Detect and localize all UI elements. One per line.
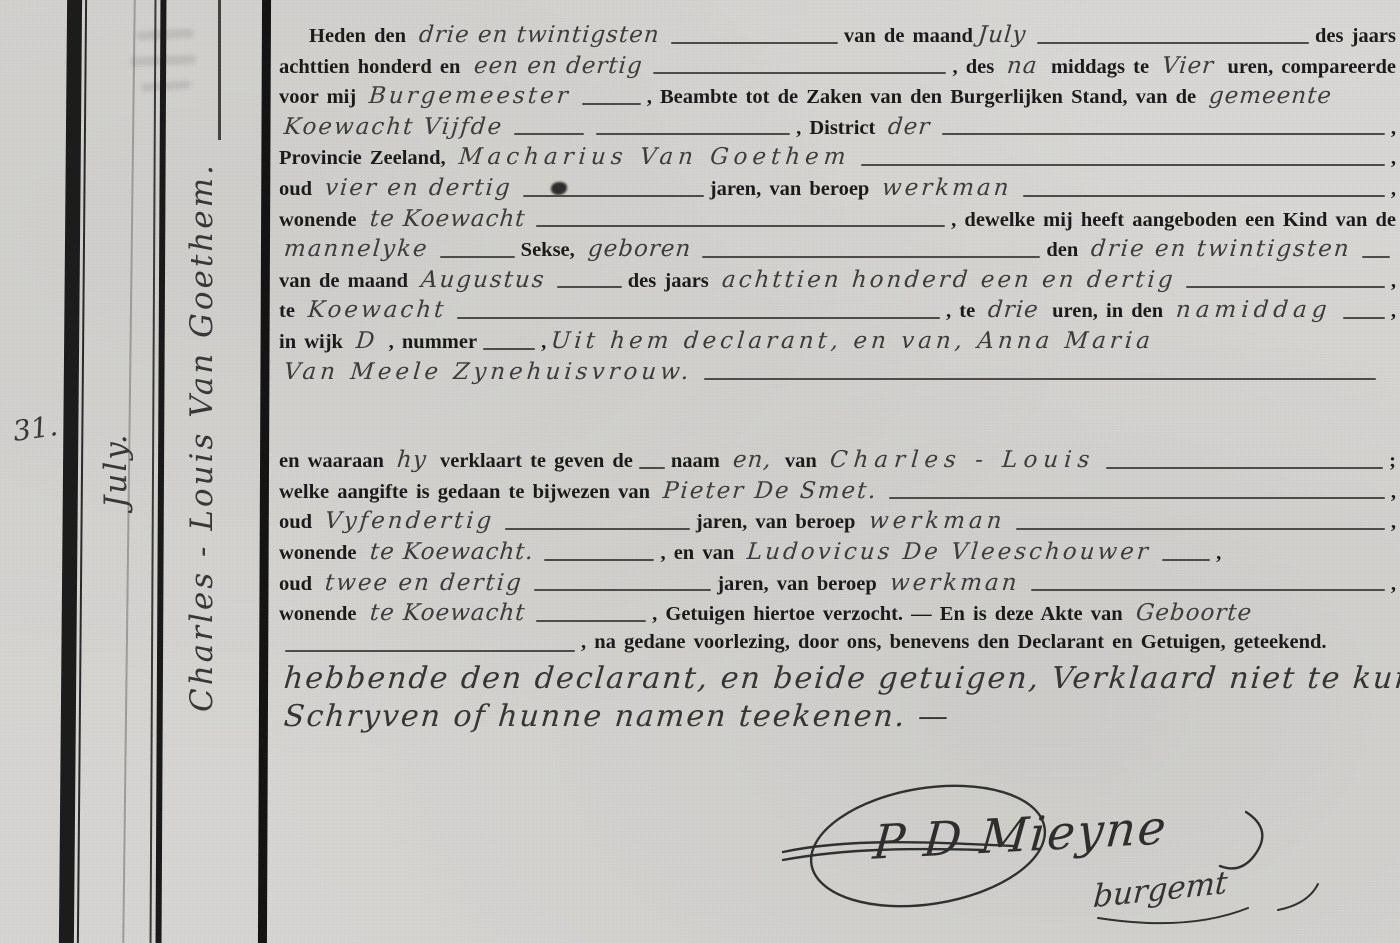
blank-rule — [704, 378, 1377, 380]
printed-text: van — [777, 450, 825, 473]
handwritten-text: mannelyke — [278, 236, 435, 262]
blank-rule — [1106, 467, 1383, 469]
blank-rule — [523, 195, 704, 197]
handwritten-text: Macharius Van Goethem — [453, 144, 857, 170]
printed-text: , na gedane voorlezing, door ons, beneve… — [581, 631, 1327, 654]
printed-text: van de maand — [279, 270, 416, 293]
blank-rule — [582, 103, 641, 105]
printed-text: des jaars — [1315, 25, 1396, 48]
handwritten-text: Schryven of hunne namen teekenen. — — [277, 699, 956, 734]
form-lines: Heden den drie en twintigstenvan de maan… — [279, 22, 1396, 737]
handwritten-text: te Koewacht — [363, 206, 531, 232]
handwritten-text: Augustus — [415, 267, 552, 293]
handwritten-text: Geboorte — [1130, 600, 1259, 626]
form-line: te Koewacht, te drie uren, in den namidd… — [279, 297, 1396, 328]
blank-rule — [1186, 286, 1384, 288]
blank-rule — [596, 133, 790, 135]
printed-text: middags te — [1043, 56, 1157, 79]
handwritten-text: Van Meele Zynehuisvrouw. — [278, 359, 699, 385]
printed-text: , — [1391, 117, 1396, 140]
blank-rule — [861, 164, 1385, 166]
blank-rule — [1037, 42, 1309, 44]
printed-text: in wijk — [279, 331, 351, 354]
blank-rule — [544, 559, 654, 561]
blank-rule — [536, 620, 646, 622]
printed-text: , — [1391, 573, 1396, 596]
printed-text: en waaraan — [279, 450, 392, 473]
handwritten-text: der — [882, 114, 937, 140]
blank-rule — [653, 72, 946, 74]
handwritten-text: twee en dertig — [319, 570, 529, 596]
bleed-through-mark — [136, 28, 194, 40]
blank-rule — [536, 225, 945, 227]
printed-text: wonende — [279, 603, 365, 626]
form-line: wonende te Koewacht, Getuigen hiertoe ve… — [279, 600, 1396, 631]
printed-text: van de maand — [844, 25, 973, 48]
form-line: in wijk D , nummer,Uit hem declarant, en… — [279, 328, 1396, 359]
printed-text: , — [1391, 511, 1396, 534]
blank-rule — [483, 348, 535, 350]
handwritten-text: achttien honderd een en dertig — [716, 267, 1182, 293]
bleed-through-mark — [130, 55, 196, 66]
printed-text: , — [1391, 481, 1396, 504]
form-line: Koewacht Vijfde, District der, — [279, 114, 1396, 145]
printed-text: , — [1216, 542, 1221, 565]
margin-child-name: Charles - Louis Van Goethem. — [184, 162, 220, 712]
form-line: welke aangifte is gedaan te bijwezen van… — [279, 478, 1396, 509]
handwritten-text: Vier — [1156, 53, 1220, 79]
form-line: Van Meele Zynehuisvrouw. — [279, 359, 1396, 390]
printed-text: , — [1391, 178, 1396, 201]
printed-text: Sekse, — [521, 239, 583, 262]
handwritten-text: vier en dertig — [319, 175, 518, 201]
printed-text: , des — [952, 56, 1002, 79]
handwritten-text: Koewacht — [302, 297, 453, 323]
blank-rule — [514, 133, 584, 135]
blank-rule — [942, 133, 1385, 135]
handwritten-text: D — [350, 328, 382, 354]
handwritten-text: gemeente — [1203, 83, 1338, 109]
handwritten-text: te Koewacht. — [363, 539, 539, 565]
form-line: van de maand Augustusdes jaars achttien … — [279, 267, 1396, 298]
printed-text: welke aangifte is gedaan te bijwezen van — [279, 481, 658, 504]
printed-text: des jaars — [628, 270, 717, 293]
form-line: , na gedane voorlezing, door ons, beneve… — [279, 631, 1396, 662]
handwritten-text: na — [1001, 53, 1044, 79]
printed-text: , te — [946, 300, 983, 323]
handwritten-text: Charles - Louis — [824, 447, 1102, 473]
handwritten-text: te Koewacht — [363, 600, 531, 626]
printed-text: , nummer — [381, 331, 478, 354]
form-line: en waaraan hy verklaart te geven denaam … — [279, 447, 1396, 478]
margin-rule-mid — [155, 0, 166, 943]
blank-rule — [1016, 528, 1385, 530]
printed-text: verklaart te geven de — [432, 450, 633, 473]
printed-text: , dewelke mij heeft aangeboden een Kind … — [951, 209, 1396, 232]
printed-text: , — [1391, 270, 1396, 293]
form-line: Heden den drie en twintigstenvan de maan… — [279, 22, 1396, 53]
printed-text: oud — [279, 178, 320, 201]
blank-rule — [457, 317, 940, 319]
printed-text: uren, in den — [1044, 300, 1171, 323]
blank-rule — [505, 528, 689, 530]
margin-month-label: July. — [98, 432, 134, 508]
blank-rule — [639, 467, 665, 469]
printed-text: Provincie Zeeland, — [279, 147, 454, 170]
printed-text: wonende — [279, 542, 365, 565]
form-line: hebbende den declarant, en beide getuige… — [279, 661, 1396, 699]
entry-number: 31. — [11, 409, 60, 448]
handwritten-text: werkman — [884, 570, 1026, 596]
handwritten-text: drie en twintigsten — [413, 22, 666, 48]
blank-rule — [702, 256, 1040, 258]
handwritten-text: Vyfendertig — [319, 508, 501, 534]
signature-block: P D Mieyne burgemt — [778, 760, 1338, 940]
handwritten-text: drie — [982, 297, 1045, 323]
blank-rule — [1343, 317, 1385, 319]
printed-text: jaren, van beroep — [696, 511, 864, 534]
handwritten-text: Ludovicus De Vleeschouwer — [741, 539, 1157, 565]
blank-rule — [1023, 195, 1385, 197]
bleed-through-mark — [141, 80, 191, 91]
blank-rule — [534, 589, 711, 591]
blank-rule — [671, 42, 838, 44]
printed-text: wonende — [279, 209, 365, 232]
handwritten-text: drie en twintigsten — [1085, 236, 1357, 262]
form-line: Schryven of hunne namen teekenen. — — [279, 699, 1396, 737]
printed-text: te — [279, 300, 303, 323]
handwritten-text: Uit hem declarant, en van, Anna Maria — [545, 328, 1160, 354]
form-line: achttien honderd en een en dertig, des n… — [279, 53, 1396, 84]
handwritten-text: werkman — [862, 508, 1011, 534]
blank-rule — [1362, 256, 1390, 258]
printed-text: jaren, van beroep — [717, 573, 885, 596]
handwritten-text: Koewacht Vijfde — [278, 114, 509, 140]
margin-rule-short-top — [218, 0, 221, 140]
printed-text: jaren, van beroep — [710, 178, 878, 201]
printed-text: , en van — [660, 542, 742, 565]
printed-text: naam — [671, 450, 728, 473]
printed-text: Heden den — [309, 25, 414, 48]
printed-text: , — [1391, 300, 1396, 323]
form-line: oud Vyfendertigjaren, van beroep werkman… — [279, 508, 1396, 539]
handwritten-text: werkman — [876, 175, 1018, 201]
form-line: wonende te Koewacht, dewelke mij heeft a… — [279, 206, 1396, 237]
printed-text: , District — [796, 117, 883, 140]
handwritten-text: July — [972, 22, 1033, 48]
blank-rule — [285, 650, 575, 652]
handwritten-text: Burgemeester — [363, 83, 577, 109]
form-line: wonende te Koewacht., en van Ludovicus D… — [279, 539, 1396, 570]
printed-text: achttien honderd en — [279, 56, 469, 79]
printed-text: oud — [279, 573, 320, 596]
margin-rule-right — [258, 0, 271, 943]
handwritten-text: namiddag — [1170, 297, 1338, 323]
form-line: mannelykeSekse, geborenden drie en twint… — [279, 236, 1396, 267]
blank-rule — [889, 497, 1385, 499]
printed-text: den — [1046, 239, 1086, 262]
printed-text: , — [1391, 147, 1396, 170]
form-line: Provincie Zeeland, Macharius Van Goethem… — [279, 144, 1396, 175]
printed-text: oud — [279, 511, 320, 534]
printed-text: , Beambte tot de Zaken van den Burgerlij… — [647, 86, 1205, 109]
blank-rule — [1031, 589, 1385, 591]
handwritten-text: een en dertig — [467, 53, 648, 79]
handwritten-text: Pieter De Smet. — [657, 478, 884, 504]
handwritten-text: hy — [391, 447, 433, 473]
form-line: oud vier en dertigjaren, van beroep werk… — [279, 175, 1396, 206]
form-line: oud twee en dertigjaren, van beroep werk… — [279, 570, 1396, 601]
printed-text: ; — [1389, 450, 1396, 473]
blank-rule — [1162, 559, 1210, 561]
printed-text: uren, compareerde — [1219, 56, 1396, 79]
form-line: voor mij Burgemeester, Beambte tot de Za… — [279, 83, 1396, 114]
blank-rule — [557, 286, 622, 288]
blank-rule — [440, 256, 515, 258]
printed-text: voor mij — [279, 86, 364, 109]
printed-text: , Getuigen hiertoe verzocht. — En is dez… — [652, 603, 1131, 626]
handwritten-text: en, — [727, 447, 778, 473]
handwritten-text: geboren — [582, 236, 698, 262]
handwritten-text: hebbende den declarant, en beide getuige… — [277, 661, 1400, 696]
